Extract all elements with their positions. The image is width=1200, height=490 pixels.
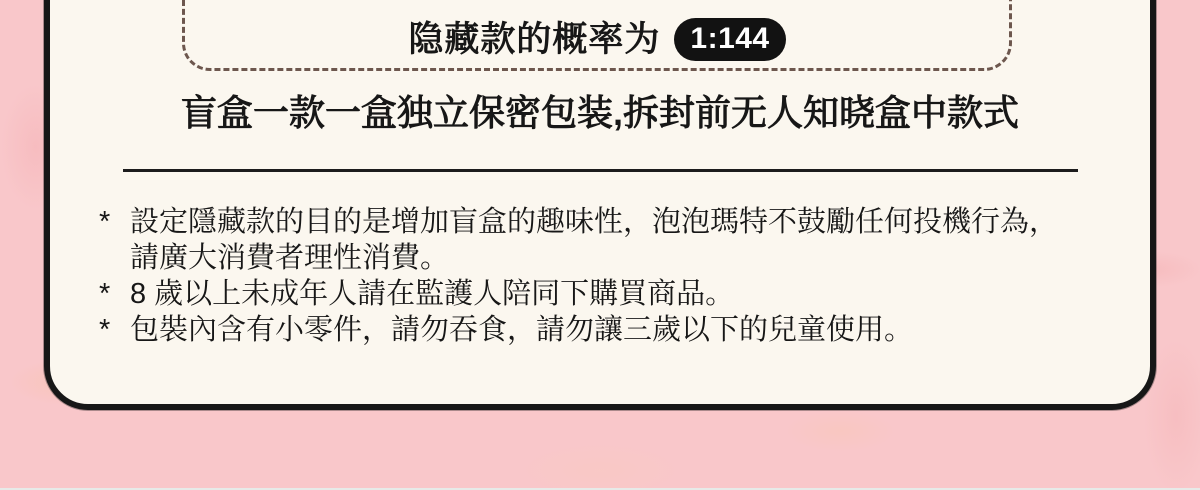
page-background: 隐藏款的概率为 1:144 盲盒一款一盒独立保密包装,拆封前无人知晓盒中款式 *… <box>0 0 1200 490</box>
bullet-marker: * <box>99 204 130 240</box>
divider-line <box>123 169 1078 172</box>
bullet-marker: * <box>99 312 130 348</box>
probability-label: 隐藏款的概率为 <box>408 22 660 57</box>
bullet-marker: * <box>99 276 130 312</box>
disclaimer-text: 設定隱藏款的目的是增加盲盒的趣味性，泡泡瑪特不鼓勵任何投機行為，請廣大消費者理性… <box>130 204 1121 276</box>
disclaimer-item: *8 歲以上未成年人請在監護人陪同下購買商品。 <box>99 276 1121 312</box>
disclaimer-line: 請廣大消費者理性消費。 <box>130 240 1121 276</box>
disclaimer-item: *設定隱藏款的目的是增加盲盒的趣味性，泡泡瑪特不鼓勵任何投機行為，請廣大消費者理… <box>99 204 1121 276</box>
disclaimer-line: 包裝內含有小零件，請勿吞食，請勿讓三歲以下的兒童使用。 <box>130 312 1121 348</box>
disclaimer-text: 8 歲以上未成年人請在監護人陪同下購買商品。 <box>130 276 1121 312</box>
disclaimer-line: 設定隱藏款的目的是增加盲盒的趣味性，泡泡瑪特不鼓勵任何投機行為， <box>130 204 1121 240</box>
disclaimer-list: *設定隱藏款的目的是增加盲盒的趣味性，泡泡瑪特不鼓勵任何投機行為，請廣大消費者理… <box>99 204 1121 348</box>
packaging-statement: 盲盒一款一盒独立保密包装,拆封前无人知晓盒中款式 <box>0 92 1200 133</box>
probability-badge: 1:144 <box>674 18 785 61</box>
disclaimer-line: 8 歲以上未成年人請在監護人陪同下購買商品。 <box>130 276 1121 312</box>
disclaimer-text: 包裝內含有小零件，請勿吞食，請勿讓三歲以下的兒童使用。 <box>130 312 1121 348</box>
probability-box: 隐藏款的概率为 1:144 <box>182 0 1012 71</box>
disclaimer-item: *包裝內含有小零件，請勿吞食，請勿讓三歲以下的兒童使用。 <box>99 312 1121 348</box>
